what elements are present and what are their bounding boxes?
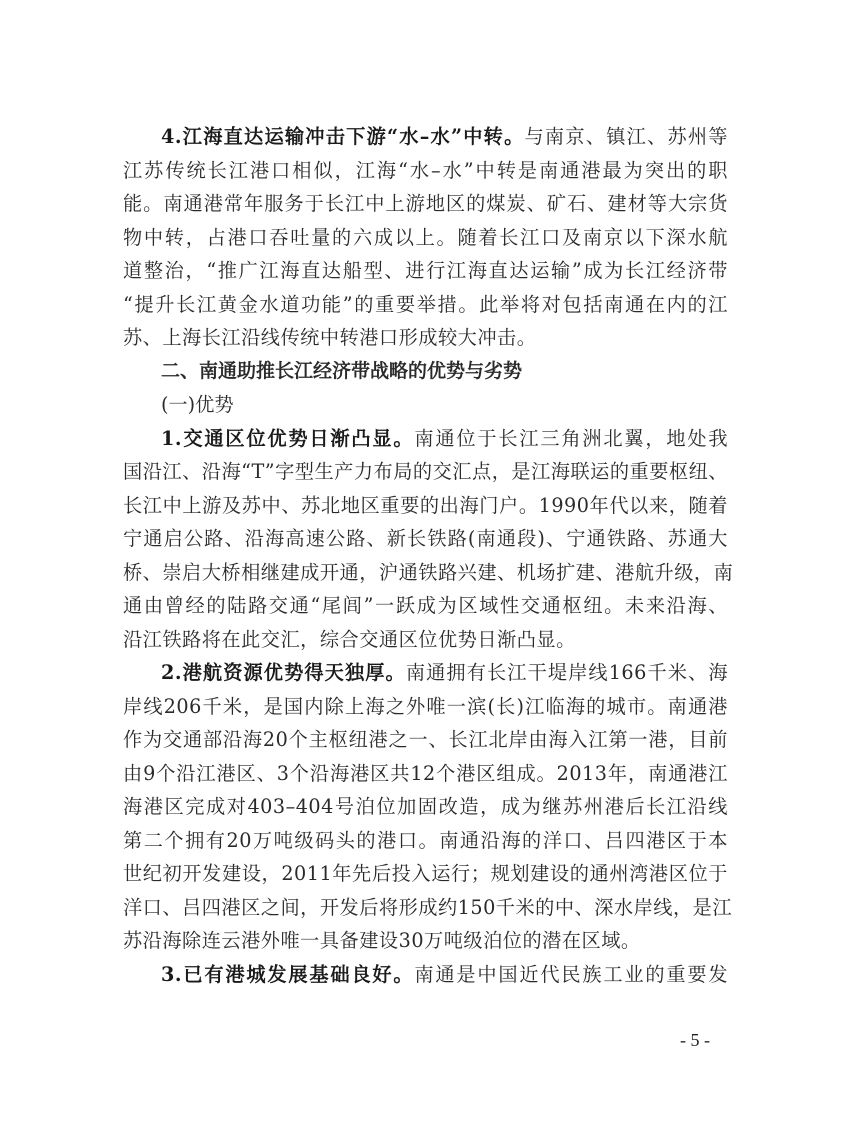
paragraph-lead-bold: 2.港航资源优势得天独厚。 xyxy=(161,661,406,684)
text-line: 作为交通部沿海20个主枢纽港之一、长江北岸由海入江第一港，目前 xyxy=(123,723,728,757)
text-line: 道整治，“推广江海直达船型、进行江海直达运输”成为长江经济带 xyxy=(123,254,728,288)
text-line: 第二个拥有20万吨级码头的港口。南通沿海的洋口、吕四港区于本 xyxy=(123,824,728,858)
text-line: 苏、上海长江沿线传统中转港口形成较大冲击。 xyxy=(123,321,728,355)
text-line: 宁通启公路、沿海高速公路、新长铁路(南通段)、宁通铁路、苏通大 xyxy=(123,522,728,556)
text-line: 1.交通区位优势日渐凸显。南通位于长江三角洲北翼，地处我 xyxy=(123,422,728,456)
paragraph-port-city-foundation: 3.已有港城发展基础良好。南通是中国近代民族工业的重要发 xyxy=(123,958,728,992)
text-line: 3.已有港城发展基础良好。南通是中国近代民族工业的重要发 xyxy=(123,958,728,992)
text-line: 洋口、吕四港区之间，开发后将形成约150千米的中、深水岸线，是江 xyxy=(123,891,728,925)
document-page: 4.江海直达运输冲击下游“水–水”中转。与南京、镇江、苏州等 江苏传统长江港口相… xyxy=(123,120,728,991)
text-line: 国沿江、沿海“T”字型生产力布局的交汇点，是江海联运的重要枢纽、 xyxy=(123,455,728,489)
section-heading: 二、南通助推长江经济带战略的优势与劣势 xyxy=(123,355,728,389)
page-number: - 5 - xyxy=(680,1030,710,1051)
text-line: 桥、崇启大桥相继建成开通，沪通铁路兴建、机场扩建、港航升级，南 xyxy=(123,556,728,590)
subsection-heading: (一)优势 xyxy=(123,388,728,422)
text-line: 4.江海直达运输冲击下游“水–水”中转。与南京、镇江、苏州等 xyxy=(123,120,728,154)
paragraph-jianghai-direct-transport: 4.江海直达运输冲击下游“水–水”中转。与南京、镇江、苏州等 江苏传统长江港口相… xyxy=(123,120,728,355)
text-line: 岸线206千米，是国内除上海之外唯一滨(长)江临海的城市。南通港 xyxy=(123,690,728,724)
text-line: 由9个沿江港区、3个沿海港区共12个港区组成。2013年，南通港江 xyxy=(123,757,728,791)
paragraph-transport-location: 1.交通区位优势日渐凸显。南通位于长江三角洲北翼，地处我 国沿江、沿海“T”字型… xyxy=(123,422,728,657)
text-line: 长江中上游及苏中、苏北地区重要的出海门户。1990年代以来，随着 xyxy=(123,489,728,523)
text-line: 苏沿海除连云港外唯一具备建设30万吨级泊位的潜在区域。 xyxy=(123,924,728,958)
paragraph-lead-bold: 4.江海直达运输冲击下游“水–水”中转。 xyxy=(161,125,525,148)
text-line: 海港区完成对403–404号泊位加固改造，成为继苏州港后长江沿线 xyxy=(123,790,728,824)
text-line: 沿江铁路将在此交汇，综合交通区位优势日渐凸显。 xyxy=(123,623,728,657)
text-line: 世纪初开发建设，2011年先后投入运行；规划建设的通州湾港区位于 xyxy=(123,857,728,891)
paragraph-lead-bold: 1.交通区位优势日渐凸显。 xyxy=(161,427,414,450)
text-line: “提升长江黄金水道功能”的重要举措。此举将对包括南通在内的江 xyxy=(123,288,728,322)
text-line: 2.港航资源优势得天独厚。南通拥有长江干堤岸线166千米、海 xyxy=(123,656,728,690)
text-line: 能。南通港常年服务于长江中上游地区的煤炭、矿石、建材等大宗货 xyxy=(123,187,728,221)
text-line: 通由曾经的陆路交通“尾闾”一跃成为区域性交通枢纽。未来沿海、 xyxy=(123,589,728,623)
text-line: 物中转，占港口吞吐量的六成以上。随着长江口及南京以下深水航 xyxy=(123,221,728,255)
text-line: 江苏传统长江港口相似，江海“水–水”中转是南通港最为突出的职 xyxy=(123,154,728,188)
paragraph-lead-bold: 3.已有港城发展基础良好。 xyxy=(161,963,414,986)
paragraph-port-resources: 2.港航资源优势得天独厚。南通拥有长江干堤岸线166千米、海 岸线206千米，是… xyxy=(123,656,728,958)
